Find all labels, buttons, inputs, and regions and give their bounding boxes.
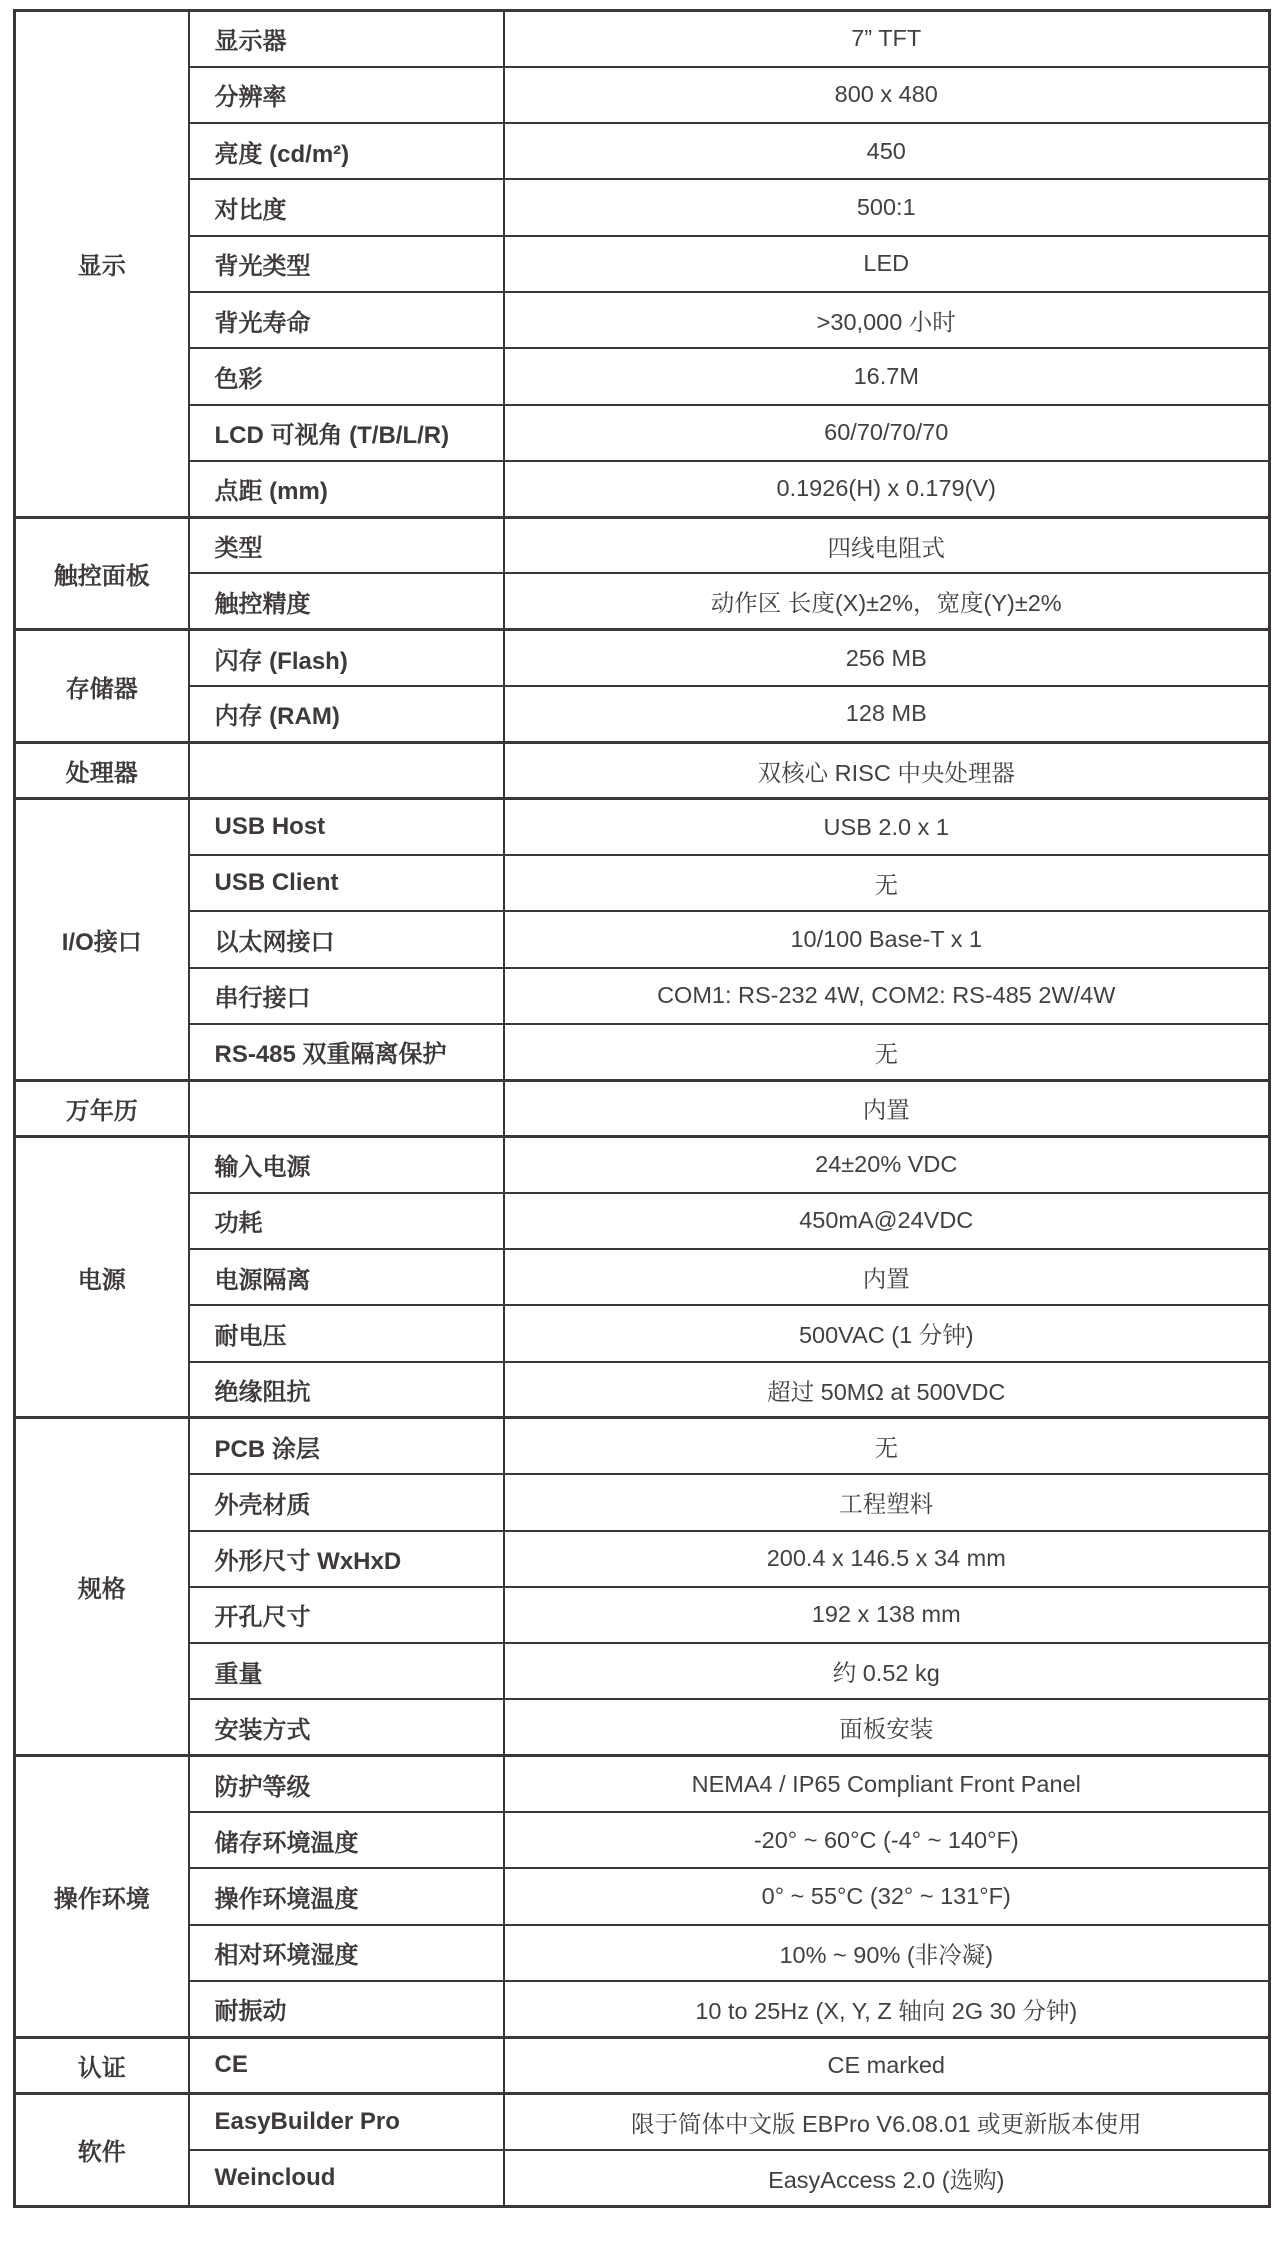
spec-value-cell: 双核心 RISC 中央处理器 (504, 742, 1270, 798)
spec-row: 储存环境温度 -20° ~ 60°C (-4° ~ 140°F) (15, 1812, 1270, 1868)
spec-label-cell: 触控精度 (189, 573, 504, 629)
category-cell-memory: 存储器 (15, 630, 189, 743)
spec-value-cell: 0° ~ 55°C (32° ~ 131°F) (504, 1868, 1270, 1924)
spec-row: 软件 EasyBuilder Pro 限于简体中文版 EBPro V6.08.0… (15, 2093, 1270, 2149)
category-cell-calendar: 万年历 (15, 1080, 189, 1136)
spec-value-cell: 10% ~ 90% (非冷凝) (504, 1925, 1270, 1981)
spec-value-cell: LED (504, 236, 1270, 292)
spec-row: 开孔尺寸 192 x 138 mm (15, 1587, 1270, 1643)
spec-value-cell: 256 MB (504, 630, 1270, 686)
spec-value-cell: 10 to 25Hz (X, Y, Z 轴向 2G 30 分钟) (504, 1981, 1270, 2037)
spec-value-cell: 0.1926(H) x 0.179(V) (504, 461, 1270, 517)
category-cell-environment: 操作环境 (15, 1756, 189, 2037)
spec-value-cell: 工程塑料 (504, 1474, 1270, 1530)
spec-label-cell: 耐振动 (189, 1981, 504, 2037)
spec-label-cell: 外形尺寸 WxHxD (189, 1531, 504, 1587)
spec-value-cell: 16.7M (504, 348, 1270, 404)
spec-row: 显示 显示器 7” TFT (15, 11, 1270, 67)
spec-label-cell: RS-485 双重隔离保护 (189, 1024, 504, 1080)
spec-label-cell: 开孔尺寸 (189, 1587, 504, 1643)
spec-row: RS-485 双重隔离保护 无 (15, 1024, 1270, 1080)
spec-label-cell: 安装方式 (189, 1699, 504, 1755)
spec-label-cell: 耐电压 (189, 1305, 504, 1361)
spec-row: 触控精度 动作区 长度(X)±2%，宽度(Y)±2% (15, 573, 1270, 629)
spec-label-cell: 相对环境湿度 (189, 1925, 504, 1981)
spec-value-cell: 7” TFT (504, 11, 1270, 67)
spec-label-cell: 防护等级 (189, 1756, 504, 1812)
spec-label-cell: 色彩 (189, 348, 504, 404)
category-cell-touch-panel: 触控面板 (15, 517, 189, 630)
spec-value-cell: 限于简体中文版 EBPro V6.08.01 或更新版本使用 (504, 2093, 1270, 2149)
category-cell-software: 软件 (15, 2093, 189, 2206)
spec-row: 电源 输入电源 24±20% VDC (15, 1136, 1270, 1192)
spec-label-cell: 内存 (RAM) (189, 686, 504, 742)
spec-label-cell: 功耗 (189, 1193, 504, 1249)
spec-value-cell: 800 x 480 (504, 67, 1270, 123)
spec-row: 背光类型 LED (15, 236, 1270, 292)
spec-label-cell: 电源隔离 (189, 1249, 504, 1305)
spec-value-cell: NEMA4 / IP65 Compliant Front Panel (504, 1756, 1270, 1812)
spec-row: 重量 约 0.52 kg (15, 1643, 1270, 1699)
spec-table: 显示 显示器 7” TFT 分辨率 800 x 480 亮度 (cd/m²) 4… (13, 9, 1271, 2208)
spec-label-cell: EasyBuilder Pro (189, 2093, 504, 2149)
spec-value-cell: 无 (504, 1418, 1270, 1474)
spec-value-cell: 192 x 138 mm (504, 1587, 1270, 1643)
spec-row: 对比度 500:1 (15, 179, 1270, 235)
spec-label-cell: 外壳材质 (189, 1474, 504, 1530)
category-cell-processor: 处理器 (15, 742, 189, 798)
spec-label-cell: 背光类型 (189, 236, 504, 292)
spec-row: 外形尺寸 WxHxD 200.4 x 146.5 x 34 mm (15, 1531, 1270, 1587)
spec-value-cell: 128 MB (504, 686, 1270, 742)
spec-value-cell: 24±20% VDC (504, 1136, 1270, 1192)
spec-value-cell: 面板安装 (504, 1699, 1270, 1755)
spec-label-cell: 点距 (mm) (189, 461, 504, 517)
spec-value-cell: 10/100 Base-T x 1 (504, 911, 1270, 967)
category-cell-power: 电源 (15, 1136, 189, 1417)
spec-row: 背光寿命 >30,000 小时 (15, 292, 1270, 348)
spec-row: 认证 CE CE marked (15, 2037, 1270, 2093)
spec-value-cell: -20° ~ 60°C (-4° ~ 140°F) (504, 1812, 1270, 1868)
spec-row: 操作环境温度 0° ~ 55°C (32° ~ 131°F) (15, 1868, 1270, 1924)
spec-row: USB Client 无 (15, 855, 1270, 911)
spec-label-cell: CE (189, 2037, 504, 2093)
category-cell-io: I/O接口 (15, 799, 189, 1080)
spec-value-cell: 450 (504, 123, 1270, 179)
spec-label-cell: 绝缘阻抗 (189, 1362, 504, 1418)
spec-value-cell: 超过 50MΩ at 500VDC (504, 1362, 1270, 1418)
spec-value-cell: 无 (504, 1024, 1270, 1080)
spec-label-cell: USB Client (189, 855, 504, 911)
spec-row: 点距 (mm) 0.1926(H) x 0.179(V) (15, 461, 1270, 517)
spec-row: 触控面板 类型 四线电阻式 (15, 517, 1270, 573)
spec-value-cell: 500VAC (1 分钟) (504, 1305, 1270, 1361)
spec-label-cell: 显示器 (189, 11, 504, 67)
spec-value-cell: EasyAccess 2.0 (选购) (504, 2150, 1270, 2206)
spec-label-cell: 类型 (189, 517, 504, 573)
spec-row: 串行接口 COM1: RS-232 4W, COM2: RS-485 2W/4W (15, 968, 1270, 1024)
spec-value-cell: 四线电阻式 (504, 517, 1270, 573)
spec-label-cell (189, 1080, 504, 1136)
spec-label-cell: LCD 可视角 (T/B/L/R) (189, 405, 504, 461)
spec-value-cell: 内置 (504, 1249, 1270, 1305)
spec-value-cell: 动作区 长度(X)±2%，宽度(Y)±2% (504, 573, 1270, 629)
spec-label-cell: 闪存 (Flash) (189, 630, 504, 686)
spec-row: 耐电压 500VAC (1 分钟) (15, 1305, 1270, 1361)
category-cell-specs: 规格 (15, 1418, 189, 1756)
spec-row: 色彩 16.7M (15, 348, 1270, 404)
category-cell-certification: 认证 (15, 2037, 189, 2093)
spec-label-cell: 操作环境温度 (189, 1868, 504, 1924)
spec-row: 安装方式 面板安装 (15, 1699, 1270, 1755)
spec-label-cell: USB Host (189, 799, 504, 855)
spec-label-cell: 亮度 (cd/m²) (189, 123, 504, 179)
spec-value-cell: 500:1 (504, 179, 1270, 235)
spec-row: 电源隔离 内置 (15, 1249, 1270, 1305)
spec-row: 外壳材质 工程塑料 (15, 1474, 1270, 1530)
spec-row: Weincloud EasyAccess 2.0 (选购) (15, 2150, 1270, 2206)
spec-value-cell: 内置 (504, 1080, 1270, 1136)
spec-label-cell: 背光寿命 (189, 292, 504, 348)
spec-value-cell: >30,000 小时 (504, 292, 1270, 348)
spec-value-cell: USB 2.0 x 1 (504, 799, 1270, 855)
spec-row: 内存 (RAM) 128 MB (15, 686, 1270, 742)
spec-value-cell: 200.4 x 146.5 x 34 mm (504, 1531, 1270, 1587)
spec-label-cell: 重量 (189, 1643, 504, 1699)
spec-row: 万年历 内置 (15, 1080, 1270, 1136)
spec-value-cell: 无 (504, 855, 1270, 911)
spec-label-cell: Weincloud (189, 2150, 504, 2206)
spec-row: 绝缘阻抗 超过 50MΩ at 500VDC (15, 1362, 1270, 1418)
spec-label-cell: PCB 涂层 (189, 1418, 504, 1474)
spec-row: 分辨率 800 x 480 (15, 67, 1270, 123)
spec-label-cell: 储存环境温度 (189, 1812, 504, 1868)
spec-row: 以太网接口 10/100 Base-T x 1 (15, 911, 1270, 967)
spec-row: 操作环境 防护等级 NEMA4 / IP65 Compliant Front P… (15, 1756, 1270, 1812)
spec-row: 处理器 双核心 RISC 中央处理器 (15, 742, 1270, 798)
category-cell-display: 显示 (15, 11, 189, 518)
spec-row: 相对环境湿度 10% ~ 90% (非冷凝) (15, 1925, 1270, 1981)
spec-label-cell: 串行接口 (189, 968, 504, 1024)
spec-row: 规格 PCB 涂层 无 (15, 1418, 1270, 1474)
spec-value-cell: 60/70/70/70 (504, 405, 1270, 461)
spec-label-cell: 以太网接口 (189, 911, 504, 967)
spec-value-cell: COM1: RS-232 4W, COM2: RS-485 2W/4W (504, 968, 1270, 1024)
spec-label-cell: 输入电源 (189, 1136, 504, 1192)
spec-label-cell: 分辨率 (189, 67, 504, 123)
spec-row: 耐振动 10 to 25Hz (X, Y, Z 轴向 2G 30 分钟) (15, 1981, 1270, 2037)
spec-label-cell (189, 742, 504, 798)
spec-value-cell: 约 0.52 kg (504, 1643, 1270, 1699)
spec-label-cell: 对比度 (189, 179, 504, 235)
spec-row: 功耗 450mA@24VDC (15, 1193, 1270, 1249)
spec-row: LCD 可视角 (T/B/L/R) 60/70/70/70 (15, 405, 1270, 461)
spec-row: 亮度 (cd/m²) 450 (15, 123, 1270, 179)
spec-value-cell: 450mA@24VDC (504, 1193, 1270, 1249)
spec-row: 存储器 闪存 (Flash) 256 MB (15, 630, 1270, 686)
spec-value-cell: CE marked (504, 2037, 1270, 2093)
spec-row: I/O接口 USB Host USB 2.0 x 1 (15, 799, 1270, 855)
